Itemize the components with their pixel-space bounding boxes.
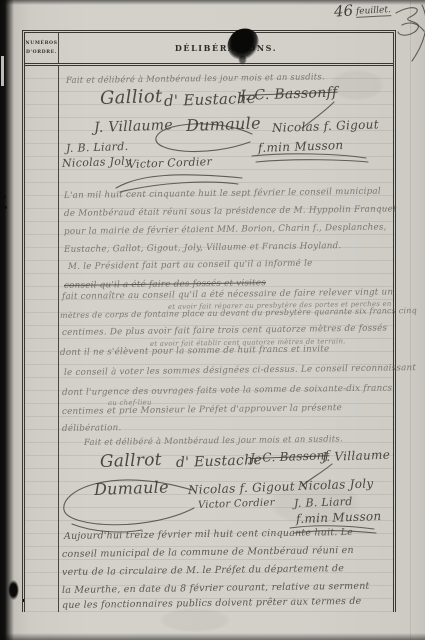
numeros-column-header: NUMÉROS D'ORDRE. [25, 33, 59, 63]
underlying-page-edge [410, 0, 411, 640]
deliberations-title: DÉLIBÉRATIONS. [175, 43, 277, 53]
numeros-label-line1: NUMÉROS [25, 41, 57, 46]
edge-speck [2, 206, 7, 209]
dumaule-loop-flourish-icon [52, 474, 202, 536]
scan-top-shadow [0, 0, 425, 5]
signature-galliot-1: Galliot [100, 86, 163, 109]
folio-number: 46 [333, 1, 353, 20]
binding-scratch [1, 56, 4, 86]
ink-blob-bottom-left [8, 580, 19, 600]
book-binding-edge [0, 0, 14, 640]
scan-bottom-shadow [0, 633, 425, 640]
folio-label: feuillet. [356, 5, 391, 18]
signature-galliot-2: Gallrot [100, 450, 163, 472]
scanned-register-page: 46 feuillet. NUMÉROS D'ORDRE. DÉLIBÉRATI… [0, 0, 425, 640]
edge-speck [0, 195, 6, 199]
paragraph2-line8: délibération. [62, 423, 122, 434]
table-header-row: NUMÉROS D'ORDRE. DÉLIBÉRATIONS. [25, 33, 393, 66]
dumaule-loop-flourish-icon [148, 122, 258, 162]
ink-blot-drip [238, 54, 247, 65]
signature-joly-1: Nicolas Joly [62, 155, 132, 170]
signature-tail-flourish-icon [300, 462, 336, 488]
deliberations-title-cell: DÉLIBÉRATIONS. [59, 33, 393, 63]
numeros-label-line2: D'ORDRE. [26, 50, 57, 55]
signature-tail-flourish-icon [300, 100, 340, 130]
signature-liard-2: J. B. Liard [294, 495, 353, 510]
musson-underline-flourish-icon [250, 152, 370, 166]
signature-liard-1: J. B. Liard. [66, 140, 129, 155]
